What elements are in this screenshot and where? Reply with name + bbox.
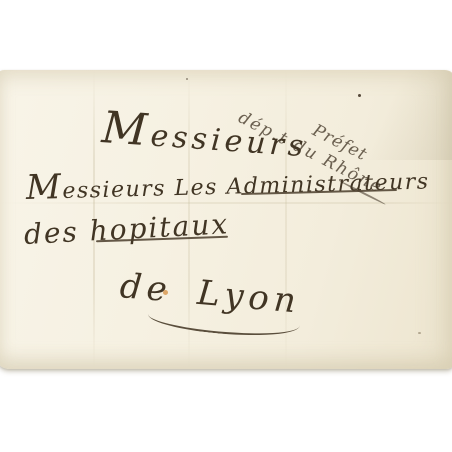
letter-paper: Préfet dép.t du Rhône Messieurs Messieur… — [0, 70, 452, 369]
address-line-2: Messieurs Les Administrateurs — [26, 159, 430, 207]
address-line-3: des hopitaux — [23, 209, 230, 250]
ink-speck — [186, 78, 188, 80]
address-line-4: de Lyon — [118, 268, 302, 321]
ink-speck — [418, 332, 421, 334]
ink-speck — [358, 94, 361, 97]
photo-background: Préfet dép.t du Rhône Messieurs Messieur… — [0, 0, 452, 452]
